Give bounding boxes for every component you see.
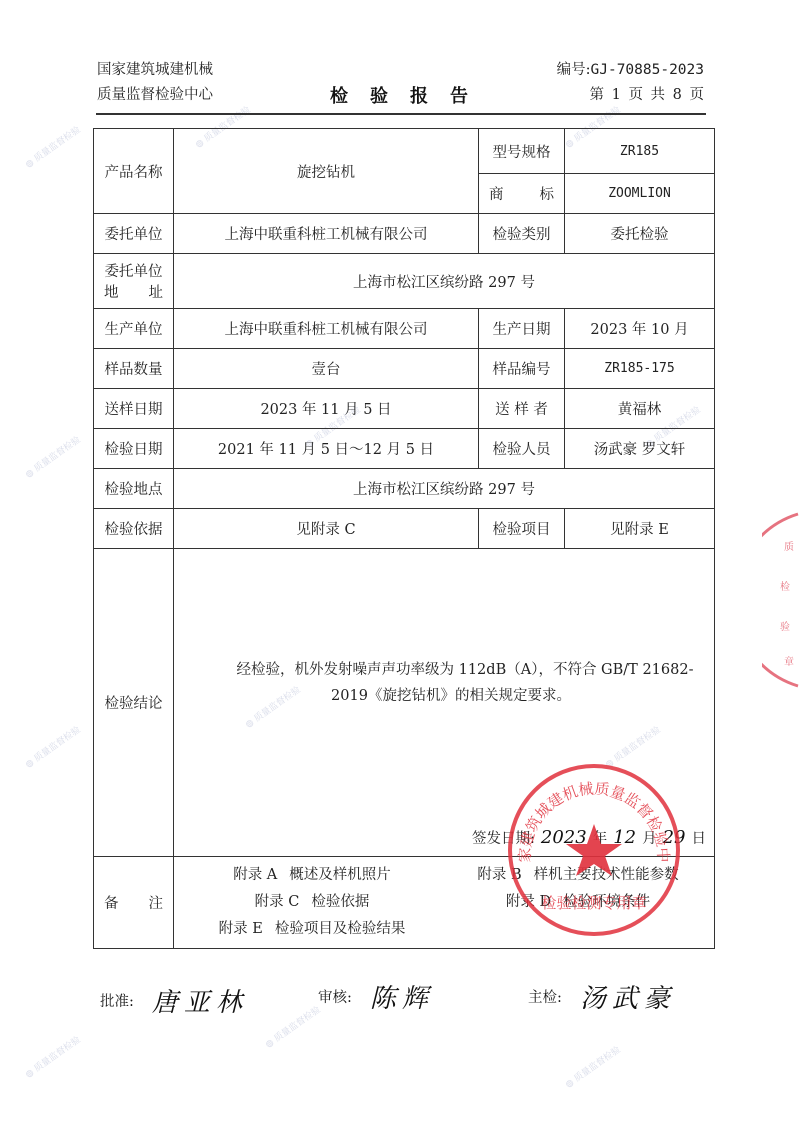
sample-quantity-label: 样品数量 [94,349,174,389]
chief-inspector-label: 主检: [528,986,562,1007]
client-address-label-char-1: 地 [104,281,119,302]
watermark: ◍ 质量监督检验 [22,1033,82,1081]
notes-label-char-2: 注 [149,892,164,913]
seam-seal-icon: 质 检 验 章 [762,510,800,690]
inspection-items-label: 检验项目 [479,509,565,549]
inspection-report-page: ◍ 质量监督检验 ◍ 质量监督检验 ◍ 质量监督检验 ◍ 质量监督检验 ◍ 质量… [0,0,800,1130]
chief-inspector-signature: 主检: 汤武豪 [528,978,676,1015]
note-appendix-e: 附录 E检验项目及检验结果 [178,916,446,943]
note-appendix-d: 附录 D检验环境条件 [446,889,710,916]
notes-label-char-1: 备 [104,892,119,913]
sender-value: 黄福林 [565,389,715,429]
product-name-label: 产品名称 [94,129,174,214]
issue-day-unit: 日 [692,827,707,848]
approver-signature: 批准: 唐亚林 [100,982,248,1019]
watermark: ◍ 质量监督检验 [22,723,82,771]
org-line-1: 国家建筑城建机械 [97,58,213,83]
inspection-type-label: 检验类别 [479,214,565,254]
svg-text:章: 章 [784,655,794,668]
notes-label: 备注 [94,857,174,949]
issue-date: 签发日期: 2023 年 12 月 29 日 [472,827,706,848]
issue-month: 12 [613,827,636,848]
inspection-type-value: 委托检验 [565,214,715,254]
report-number: 编号:GJ-70885-2023 [557,58,704,83]
note-key: 附录 C [255,894,300,910]
sample-quantity-value: 壹台 [174,349,479,389]
note-value: 概述及样机照片 [289,867,391,883]
conclusion-label: 检验结论 [94,549,174,857]
chief-inspector-name: 汤武豪 [580,978,676,1015]
inspection-date-value: 2021 年 11 月 5 日～12 月 5 日 [174,429,479,469]
reviewer-label: 审核: [318,986,352,1007]
inspection-location-label: 检验地点 [94,469,174,509]
brand-value: ZOOMLION [565,174,715,214]
svg-text:检: 检 [780,580,790,593]
note-key: 附录 B [477,867,521,883]
report-table: 产品名称 旋挖钻机 型号规格 ZR185 商标 ZOOMLION 委托单位 上海… [93,128,715,949]
inspection-items-value: 见附录 E [565,509,715,549]
note-value: 检验环境条件 [563,894,650,910]
client-address-label: 委托单位 地址 [94,254,174,309]
note-key: 附录 E [219,921,263,937]
model-label: 型号规格 [479,129,565,174]
notes-cell: 附录 A概述及样机照片 附录 B样机主要技术性能参数 附录 C检验依据 附录 D… [174,857,715,949]
brand-label-char-1: 商 [489,183,504,204]
issue-month-unit: 月 [642,827,657,848]
report-meta: 编号:GJ-70885-2023 第 1 页 共 8 页 [557,58,704,108]
issue-year-unit: 年 [593,827,608,848]
approver-label: 批准: [100,990,134,1011]
inspection-date-label: 检验日期 [94,429,174,469]
org-line-2: 质量监督检验中心 [97,83,213,108]
client-address-value: 上海市松江区缤纷路 297 号 [174,254,715,309]
brand-label: 商标 [479,174,565,214]
inspection-location-value: 上海市松江区缤纷路 297 号 [174,469,715,509]
note-appendix-a: 附录 A概述及样机照片 [178,862,446,889]
inspectors-label: 检验人员 [479,429,565,469]
sample-number-value: ZR185-175 [565,349,715,389]
client-address-label-line-1: 委托单位 [98,260,169,281]
manufacturer-label: 生产单位 [94,309,174,349]
model-value: ZR185 [565,129,715,174]
note-appendix-b: 附录 B样机主要技术性能参数 [446,862,710,889]
note-value: 样机主要技术性能参数 [534,867,679,883]
svg-text:验: 验 [780,620,790,633]
inspection-basis-value: 见附录 C [174,509,479,549]
delivery-date-value: 2023 年 11 月 5 日 [174,389,479,429]
brand-label-char-2: 标 [540,183,555,204]
issue-year: 2023 [541,827,587,848]
signature-row: 批准: 唐亚林 审核: 陈辉 主检: 汤武豪 [100,978,720,1038]
note-key: 附录 A [233,867,277,883]
manufacturer-value: 上海中联重科桩工机械有限公司 [174,309,479,349]
production-date-value: 2023 年 10 月 [565,309,715,349]
reviewer-name: 陈辉 [370,978,434,1015]
note-key: 附录 D [506,894,551,910]
client-address-label-char-2: 址 [149,281,164,302]
inspection-basis-label: 检验依据 [94,509,174,549]
product-name-value: 旋挖钻机 [174,129,479,214]
sample-number-label: 样品编号 [479,349,565,389]
report-number-value: GJ-70885-2023 [591,62,705,78]
conclusion-cell: 经检验，机外发射噪声声功率级为 112dB（A），不符合 GB/T 21682-… [174,549,715,857]
approver-name: 唐亚林 [152,982,248,1019]
report-number-label: 编号: [557,62,591,78]
watermark: ◍ 质量监督检验 [22,433,82,481]
note-appendix-c: 附录 C检验依据 [178,889,446,916]
delivery-date-label: 送样日期 [94,389,174,429]
watermark: ◍ 质量监督检验 [562,1043,622,1091]
note-value: 检验项目及检验结果 [275,921,406,937]
issue-date-label: 签发日期: [472,827,535,848]
reviewer-signature: 审核: 陈辉 [318,978,434,1015]
svg-text:质: 质 [784,540,794,553]
conclusion-text: 经检验，机外发射噪声声功率级为 112dB（A），不符合 GB/T 21682-… [194,657,708,709]
inspectors-value: 汤武豪 罗文轩 [565,429,715,469]
report-title: 检验报告 [330,82,490,108]
client-label: 委托单位 [94,214,174,254]
header-divider [96,113,706,115]
note-value: 检验依据 [311,894,369,910]
issuing-organization: 国家建筑城建机械 质量监督检验中心 [97,58,213,108]
client-value: 上海中联重科桩工机械有限公司 [174,214,479,254]
page-info: 第 1 页 共 8 页 [557,83,704,108]
production-date-label: 生产日期 [479,309,565,349]
issue-day: 29 [663,827,686,848]
watermark: ◍ 质量监督检验 [22,123,82,171]
sender-label: 送 样 者 [479,389,565,429]
